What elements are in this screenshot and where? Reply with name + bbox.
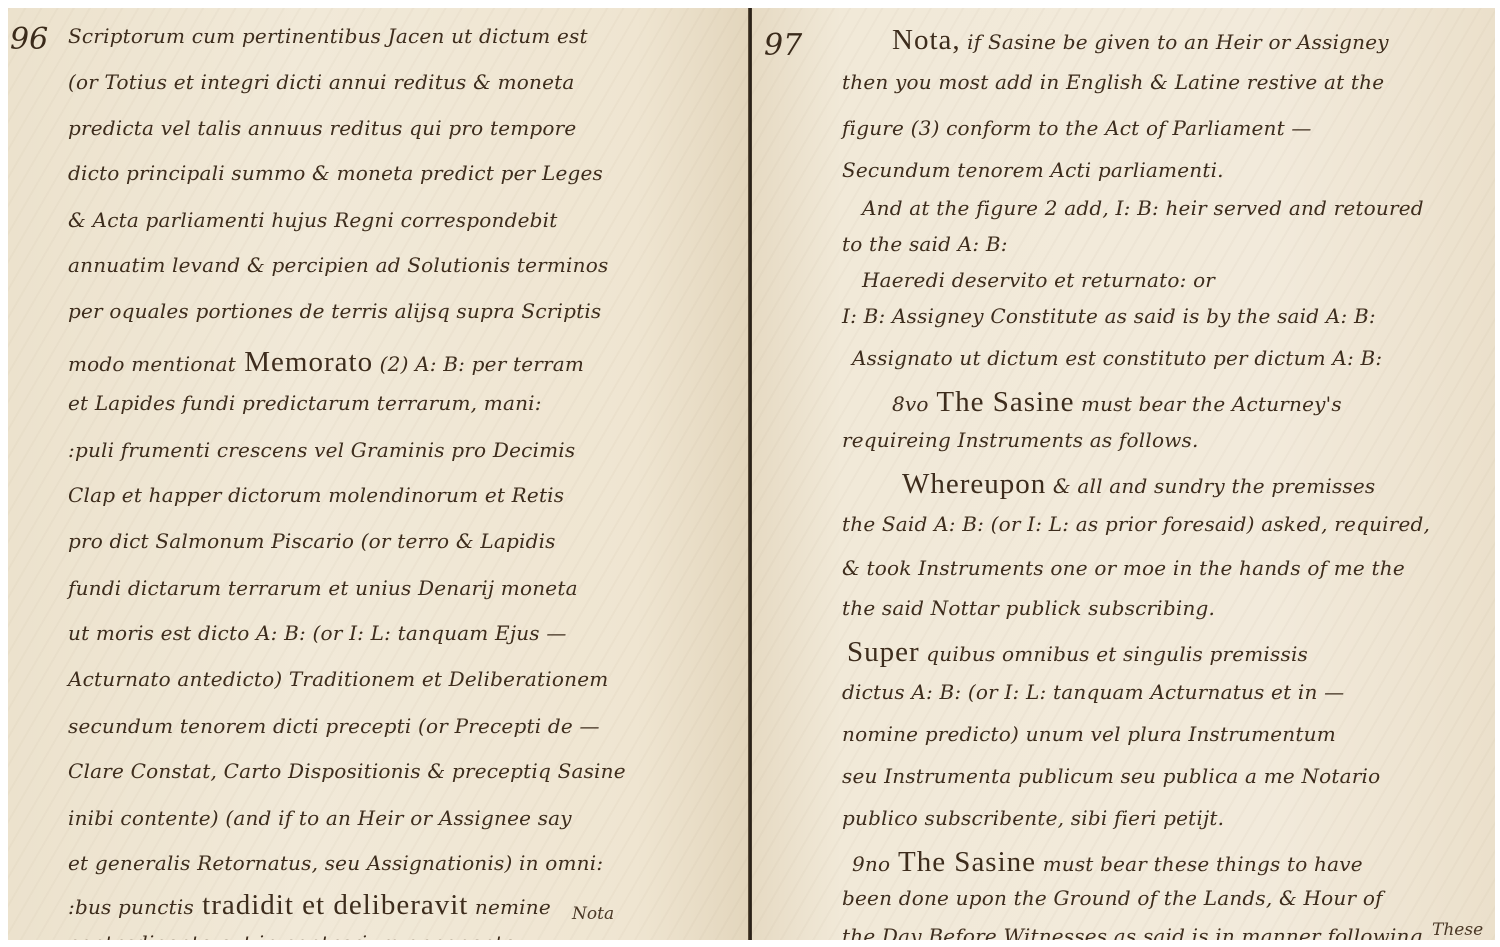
manuscript-line: then you most add in English & Latine re… bbox=[842, 70, 1384, 94]
line-text-continued: if Sasine be given to an Heir or Assigne… bbox=[961, 30, 1389, 54]
manuscript-line: et Lapides fundi predictarum terrarum, m… bbox=[68, 391, 542, 415]
line-text: predicta vel talis annuus reditus qui pr… bbox=[68, 116, 576, 140]
line-text: I: B: Assigney Constitute as said is by … bbox=[842, 304, 1376, 328]
catchword-left: Nota bbox=[572, 904, 614, 924]
emphasized-heading-text: Super bbox=[847, 636, 920, 668]
line-text: dictus A: B: (or I: L: tanquam Acturnatu… bbox=[842, 680, 1344, 704]
line-text: Clare Constat, Carto Dispositionis & pre… bbox=[68, 759, 626, 783]
manuscript-line: contradicente aut in contrarium opponent… bbox=[68, 931, 522, 940]
emphasized-heading-text: Nota, bbox=[892, 24, 961, 56]
line-text-continued: nemine bbox=[468, 895, 551, 919]
manuscript-line: seu Instrumenta publicum seu publica a m… bbox=[842, 764, 1380, 788]
line-text: to the said A: B: bbox=[842, 232, 1008, 256]
line-text: (or Totius et integri dicti annui reditu… bbox=[68, 70, 575, 94]
manuscript-line: the Day Before Witnesses as said is in m… bbox=[842, 924, 1423, 940]
line-text: dicto principali summo & moneta predict … bbox=[68, 161, 603, 185]
line-text: figure (3) conform to the Act of Parliam… bbox=[842, 116, 1312, 140]
manuscript-line: to the said A: B: bbox=[842, 232, 1008, 256]
page-number-left: 96 bbox=[10, 22, 48, 57]
manuscript-line: Haeredi deservito et returnato: or bbox=[862, 268, 1215, 292]
manuscript-line: :bus punctis tradidit et deliberavit nem… bbox=[68, 889, 551, 922]
manuscript-line: modo mentionat Memorato (2) A: B: per te… bbox=[68, 346, 584, 379]
manuscript-line: Nota, if Sasine be given to an Heir or A… bbox=[892, 24, 1389, 57]
line-text: per oquales portiones de terris alijsq s… bbox=[68, 299, 601, 323]
manuscript-line: fundi dictarum terrarum et unius Denarij… bbox=[68, 576, 578, 600]
manuscript-line: per oquales portiones de terris alijsq s… bbox=[68, 299, 601, 323]
manuscript-line: annuatim levand & percipien ad Solutioni… bbox=[68, 253, 608, 277]
manuscript-line: I: B: Assigney Constitute as said is by … bbox=[842, 304, 1376, 328]
manuscript-line: et generalis Retornatus, seu Assignation… bbox=[68, 851, 603, 875]
manuscript-line: 9no The Sasine must bear these things to… bbox=[852, 846, 1363, 879]
emphasized-heading-text: tradidit et deliberavit bbox=[194, 889, 468, 921]
manuscript-line: requireing Instruments as follows. bbox=[842, 428, 1199, 452]
emphasized-heading-text: Whereupon bbox=[902, 468, 1046, 500]
line-text: contradicente aut in contrarium opponent… bbox=[68, 931, 522, 940]
manuscript-line: Acturnato antedicto) Traditionem et Deli… bbox=[68, 667, 608, 691]
manuscript-line: & took Instruments one or moe in the han… bbox=[842, 556, 1405, 580]
manuscript-line: secundum tenorem dicti precepti (or Prec… bbox=[68, 714, 600, 738]
line-text-continued: must bear these things to have bbox=[1036, 852, 1363, 876]
line-text: modo mentionat bbox=[68, 352, 236, 376]
line-text: the Said A: B: (or I: L: as prior foresa… bbox=[842, 512, 1430, 536]
line-text: seu Instrumenta publicum seu publica a m… bbox=[842, 764, 1380, 788]
line-text: annuatim levand & percipien ad Solutioni… bbox=[68, 253, 608, 277]
emphasized-heading-text: The Sasine bbox=[890, 846, 1036, 878]
line-text: requireing Instruments as follows. bbox=[842, 428, 1199, 452]
right-page: 97 Nota, if Sasine be given to an Heir o… bbox=[752, 8, 1495, 940]
ink-bleed-through bbox=[8, 8, 748, 940]
manuscript-line: & Acta parliamenti hujus Regni correspon… bbox=[68, 208, 557, 232]
emphasized-heading-text: Memorato bbox=[236, 346, 373, 378]
line-text: 8vo bbox=[892, 392, 929, 416]
line-text: & Acta parliamenti hujus Regni correspon… bbox=[68, 208, 557, 232]
line-text-continued: must bear the Acturney's bbox=[1074, 392, 1341, 416]
manuscript-line: the said Nottar publick subscribing. bbox=[842, 596, 1215, 620]
line-text: And at the figure 2 add, I: B: heir serv… bbox=[862, 196, 1424, 220]
line-text: publico subscribente, sibi fieri petijt. bbox=[842, 806, 1224, 830]
line-text-continued: & all and sundry the premisses bbox=[1046, 474, 1375, 498]
manuscript-line: the Said A: B: (or I: L: as prior foresa… bbox=[842, 512, 1430, 536]
manuscript-line: Clap et happer dictorum molendinorum et … bbox=[68, 483, 564, 507]
line-text: been done upon the Ground of the Lands, … bbox=[842, 886, 1383, 910]
line-text: :puli frumenti crescens vel Graminis pro… bbox=[68, 438, 575, 462]
manuscript-line: Secundum tenorem Acti parliamenti. bbox=[842, 158, 1224, 182]
line-text: secundum tenorem dicti precepti (or Prec… bbox=[68, 714, 600, 738]
line-text-continued: quibus omnibus et singulis premissis bbox=[920, 642, 1308, 666]
line-text: inibi contente) (and if to an Heir or As… bbox=[68, 806, 572, 830]
manuscript-line: dicto principali summo & moneta predict … bbox=[68, 161, 603, 185]
line-text: nomine predicto) unum vel plura Instrume… bbox=[842, 722, 1336, 746]
manuscript-line: nomine predicto) unum vel plura Instrume… bbox=[842, 722, 1336, 746]
line-text: et generalis Retornatus, seu Assignation… bbox=[68, 851, 603, 875]
line-text: ut moris est dicto A: B: (or I: L: tanqu… bbox=[68, 621, 567, 645]
line-text: Scriptorum cum pertinentibus Jacen ut di… bbox=[68, 24, 588, 48]
line-text: Assignato ut dictum est constituto per d… bbox=[852, 346, 1382, 370]
line-text: Secundum tenorem Acti parliamenti. bbox=[842, 158, 1224, 182]
manuscript-line: Super quibus omnibus et singulis premiss… bbox=[847, 636, 1308, 669]
line-text: the said Nottar publick subscribing. bbox=[842, 596, 1215, 620]
manuscript-line: :puli frumenti crescens vel Graminis pro… bbox=[68, 438, 575, 462]
manuscript-line: And at the figure 2 add, I: B: heir serv… bbox=[862, 196, 1424, 220]
left-page: 96 Scriptorum cum pertinentibus Jacen ut… bbox=[8, 8, 748, 940]
manuscript-line: (or Totius et integri dicti annui reditu… bbox=[68, 70, 575, 94]
line-text: then you most add in English & Latine re… bbox=[842, 70, 1384, 94]
manuscript-spread: 96 Scriptorum cum pertinentibus Jacen ut… bbox=[8, 8, 1495, 940]
manuscript-line: pro dict Salmonum Piscario (or terro & L… bbox=[68, 529, 556, 553]
line-text: Haeredi deservito et returnato: or bbox=[862, 268, 1215, 292]
manuscript-line: 8vo The Sasine must bear the Acturney's bbox=[892, 386, 1342, 419]
manuscript-line: Assignato ut dictum est constituto per d… bbox=[852, 346, 1382, 370]
line-text: Acturnato antedicto) Traditionem et Deli… bbox=[68, 667, 608, 691]
line-text: fundi dictarum terrarum et unius Denarij… bbox=[68, 576, 578, 600]
page-number-right: 97 bbox=[764, 28, 802, 63]
emphasized-heading-text: The Sasine bbox=[929, 386, 1075, 418]
line-text: pro dict Salmonum Piscario (or terro & L… bbox=[68, 529, 556, 553]
manuscript-line: inibi contente) (and if to an Heir or As… bbox=[68, 806, 572, 830]
manuscript-line: figure (3) conform to the Act of Parliam… bbox=[842, 116, 1312, 140]
manuscript-line: been done upon the Ground of the Lands, … bbox=[842, 886, 1383, 910]
line-text-continued: (2) A: B: per terram bbox=[373, 352, 584, 376]
manuscript-line: Clare Constat, Carto Dispositionis & pre… bbox=[68, 759, 626, 783]
line-text: the Day Before Witnesses as said is in m… bbox=[842, 924, 1423, 940]
line-text: :bus punctis bbox=[68, 895, 194, 919]
manuscript-line: ut moris est dicto A: B: (or I: L: tanqu… bbox=[68, 621, 567, 645]
manuscript-line: Whereupon & all and sundry the premisses bbox=[902, 468, 1375, 501]
manuscript-line: dictus A: B: (or I: L: tanquam Acturnatu… bbox=[842, 680, 1344, 704]
line-text: Clap et happer dictorum molendinorum et … bbox=[68, 483, 564, 507]
line-text: 9no bbox=[852, 852, 890, 876]
line-text: et Lapides fundi predictarum terrarum, m… bbox=[68, 391, 542, 415]
line-text: & took Instruments one or moe in the han… bbox=[842, 556, 1405, 580]
manuscript-line: Scriptorum cum pertinentibus Jacen ut di… bbox=[68, 24, 588, 48]
catchword-right: These bbox=[1432, 920, 1483, 940]
manuscript-line: predicta vel talis annuus reditus qui pr… bbox=[68, 116, 576, 140]
manuscript-line: publico subscribente, sibi fieri petijt. bbox=[842, 806, 1224, 830]
